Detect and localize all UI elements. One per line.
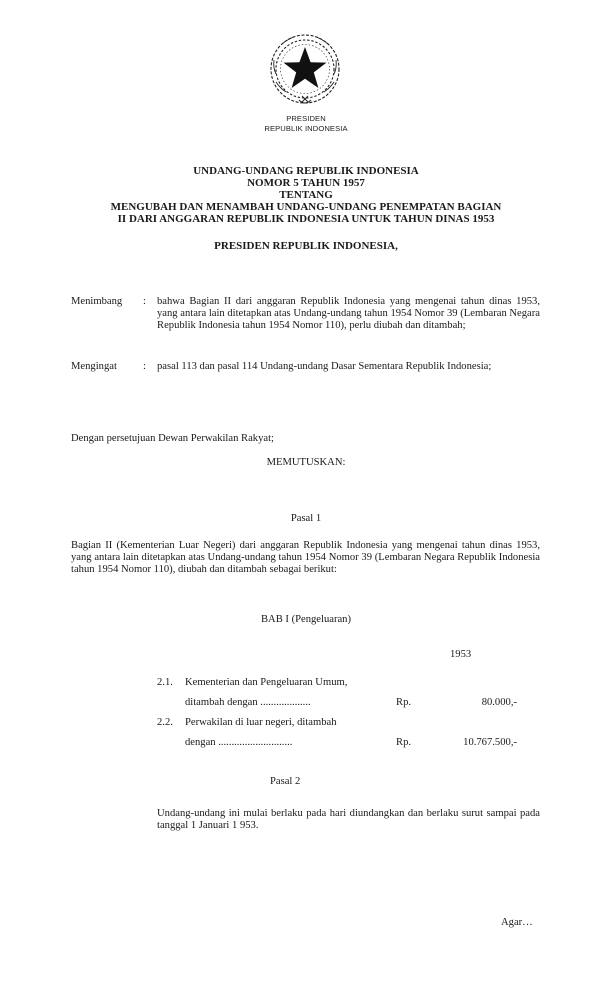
pasal-2-heading: Pasal 2 [270,776,300,787]
item-currency: Rp. [396,737,411,748]
item-number: 2.2. [157,717,173,728]
continuation-marker: Agar… [501,917,533,928]
mengingat-label: Mengingat [71,361,117,372]
issuer-heading: PRESIDEN REPUBLIK INDONESIA, [0,240,612,252]
menimbang-label: Menimbang [71,296,122,307]
year-column-header: 1953 [450,649,471,660]
item-number: 2.1. [157,677,173,688]
pasal-1-text: Bagian II (Kementerian Luar Negeri) dari… [71,540,540,577]
item-description-cont: dengan ............................ [185,737,292,748]
item-amount: 10.767.500,- [440,737,517,748]
mengingat-text: pasal 113 dan pasal 114 Undang-undang Da… [157,361,540,373]
bab-heading: BAB I (Pengeluaran) [0,614,612,626]
law-tentang: TENTANG [0,189,612,201]
mengingat-colon: : [143,361,146,372]
law-number: NOMOR 5 TAHUN 1957 [0,177,612,189]
law-subject-line2: II DARI ANGGARAN REPUBLIK INDONESIA UNTU… [0,213,612,225]
menimbang-colon: : [143,296,146,307]
law-subject-line1: MENGUBAH DAN MENAMBAH UNDANG-UNDANG PENE… [0,201,612,213]
pasal-1-heading: Pasal 1 [0,513,612,525]
pasal-2-text: Undang-undang ini mulai berlaku pada har… [157,808,540,832]
crest-label-republik: REPUBLIK INDONESIA [0,124,612,134]
menimbang-text: bahwa Bagian II dari anggaran Republik I… [157,296,540,333]
law-title: UNDANG-UNDANG REPUBLIK INDONESIA [0,165,612,177]
item-description: Kementerian dan Pengeluaran Umum, [185,677,347,688]
decision-heading: MEMUTUSKAN: [0,457,612,469]
item-description-cont: ditambah dengan ................... [185,697,311,708]
crest-label-presiden: PRESIDEN [0,114,612,124]
presidential-seal-icon [266,30,344,110]
consent-text: Dengan persetujuan Dewan Perwakilan Raky… [71,433,274,445]
item-currency: Rp. [396,697,411,708]
item-amount: 80.000,- [440,697,517,708]
item-description: Perwakilan di luar negeri, ditambah [185,717,337,728]
